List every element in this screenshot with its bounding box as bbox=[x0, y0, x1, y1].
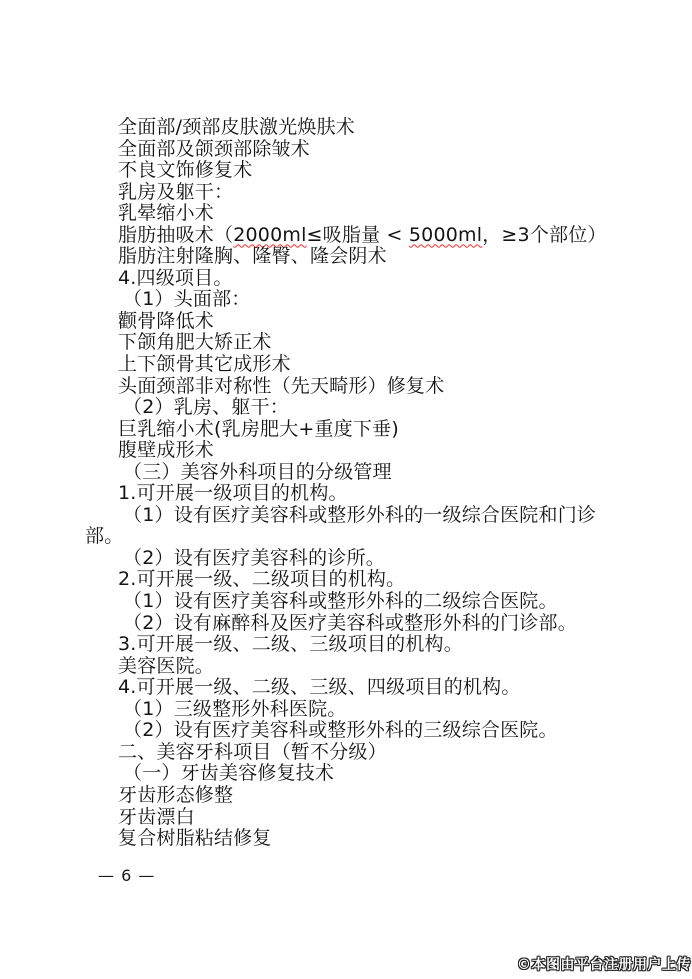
line-text: ≤吸脂量 < bbox=[307, 224, 409, 246]
document-line: 二、美容牙科项目（暂不分级） bbox=[85, 742, 685, 764]
document-line: 1.可开展一级项目的机构。 bbox=[85, 483, 685, 505]
document-line: （2）乳房、躯干： bbox=[85, 397, 685, 419]
document-line: （1）设有医疗美容科或整形外科的一级综合医院和门诊 bbox=[85, 505, 685, 527]
document-line: （2）设有医疗美容科的诊所。 bbox=[85, 548, 685, 570]
document-line: （2）设有医疗美容科或整形外科的三级综合医院。 bbox=[85, 720, 685, 742]
document-line: 头面颈部非对称性（先天畸形）修复术 bbox=[85, 376, 685, 398]
document-line: 乳房及躯干： bbox=[85, 182, 685, 204]
line-text: ，≥3个部位） bbox=[482, 224, 606, 246]
document-line: 乳晕缩小术 bbox=[85, 203, 685, 225]
document-line: 2.可开展一级、二级项目的机构。 bbox=[85, 569, 685, 591]
document-line: 复合树脂粘结修复 bbox=[85, 828, 685, 850]
document-line: 腹壁成形术 bbox=[85, 440, 685, 462]
document-line: 巨乳缩小术(乳房肥大+重度下垂) bbox=[85, 419, 685, 441]
document-line: （1）三级整形外科医院。 bbox=[85, 699, 685, 721]
document-line: （1）头面部： bbox=[85, 289, 685, 311]
document-line-wrap-continuation: 部。 bbox=[85, 526, 685, 548]
spellcheck-underlined-text: 2000ml bbox=[233, 224, 306, 246]
document-line: 牙齿漂白 bbox=[85, 807, 685, 829]
document-line: 颧骨降低术 bbox=[85, 311, 685, 333]
document-line: 不良文饰修复术 bbox=[85, 160, 685, 182]
document-line: （1）设有医疗美容科或整形外科的二级综合医院。 bbox=[85, 591, 685, 613]
watermark: ©本图由平台注册用户上传 bbox=[517, 954, 691, 974]
document-line: 4.四级项目。 bbox=[85, 268, 685, 290]
line-text: 脂肪抽吸术（ bbox=[118, 224, 233, 246]
document-line: （三）美容外科项目的分级管理 bbox=[85, 462, 685, 484]
document-body: 全面部/颈部皮肤激光焕肤术 全面部及颌颈部除皱术 不良文饰修复术 乳房及躯干： … bbox=[85, 117, 685, 850]
document-line: 4.可开展一级、二级、三级、四级项目的机构。 bbox=[85, 677, 685, 699]
spellcheck-underlined-text: 5000ml bbox=[409, 224, 482, 246]
document-page: 全面部/颈部皮肤激光焕肤术 全面部及颌颈部除皱术 不良文饰修复术 乳房及躯干： … bbox=[0, 0, 692, 979]
document-line-liposuction: 脂肪抽吸术（2000ml≤吸脂量 < 5000ml，≥3个部位） bbox=[85, 225, 685, 247]
document-line: 下颌角肥大矫正术 bbox=[85, 332, 685, 354]
document-line: （一）牙齿美容修复技术 bbox=[85, 763, 685, 785]
page-number: — 6 — bbox=[98, 866, 155, 885]
document-line: 3.可开展一级、二级、三级项目的机构。 bbox=[85, 634, 685, 656]
document-line: 全面部/颈部皮肤激光焕肤术 bbox=[85, 117, 685, 139]
document-line: 牙齿形态修整 bbox=[85, 785, 685, 807]
document-line: 脂肪注射隆胸、隆臀、隆会阴术 bbox=[85, 246, 685, 268]
document-line: 全面部及颌颈部除皱术 bbox=[85, 139, 685, 161]
document-line: （2）设有麻醉科及医疗美容科或整形外科的门诊部。 bbox=[85, 613, 685, 635]
document-line: 上下颌骨其它成形术 bbox=[85, 354, 685, 376]
document-line: 美容医院。 bbox=[85, 656, 685, 678]
